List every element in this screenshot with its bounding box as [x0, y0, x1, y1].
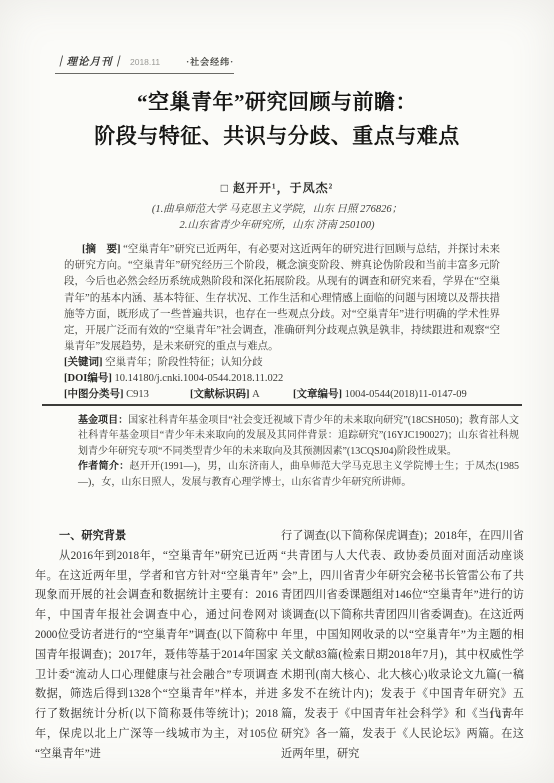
article-id-value: 1004-0544(2018)11-0147-09 [345, 389, 467, 400]
body-column-left: 一、研究背景 从2016年到2018年，“空巢青年”研究已近两年。在这近两年里，… [35, 527, 278, 765]
doi-line: [DOI编号] 10.14180/j.cnki.1004-0544.2018.1… [64, 371, 500, 387]
journal-section-label: ·社会经纬· [186, 55, 234, 68]
article-title-line2: 阶段与特征、共识与分歧、重点与难点 [0, 119, 554, 153]
doi-label: [DOI编号] [64, 373, 112, 384]
affiliations: (1.曲阜师范大学 马克思主义学院，山东 日照 276826； 2.山东省青少年… [0, 202, 554, 233]
affiliation-line2: 2.山东省青少年研究所，山东 济南 250100) [0, 218, 554, 234]
journal-header: ｜理论月刊｜ 2018.11 ·社会经纬· [55, 54, 234, 74]
clc-value: C913 [126, 389, 149, 400]
abstract-label: [摘 要] [82, 244, 121, 255]
abstract-text: “空巢青年”研究已近两年，有必要对这近两年的研究进行回顾与总结，并探讨未来的研究… [64, 244, 500, 352]
footnotes: 基金项目：国家社科青年基金项目“社会变迁视域下青少年的未来取向研究”(18CSH… [78, 413, 519, 490]
clc-label: [中图分类号] [64, 389, 124, 400]
body-paragraph-left: 从2016年到2018年，“空巢青年”研究已近两年。在这近两年里，学者和官方针对… [35, 547, 278, 765]
article-id: [文章编号] 1004-0544(2018)11-0147-09 [293, 387, 500, 403]
author-bio-label: 作者简介： [78, 461, 129, 472]
article-title: “空巢青年”研究回顾与前瞻： 阶段与特征、共识与分歧、重点与难点 [0, 85, 554, 153]
body-column-right: 行了调查(以下简称保虎调查)；2018年，在四川省“共青团与人大代表、政协委员面… [281, 527, 524, 765]
keywords-text: 空巢青年；阶段性特征；认知分歧 [105, 357, 263, 368]
funding-text: 国家社科青年基金项目“社会变迁视域下青少年的未来取向研究”(18CSH050)；… [78, 415, 519, 457]
article-title-line1: “空巢青年”研究回顾与前瞻： [0, 85, 554, 119]
article-id-label: [文章编号] [293, 389, 342, 400]
section-heading: 一、研究背景 [35, 527, 278, 547]
body-paragraph-right: 行了调查(以下简称保虎调查)；2018年，在四川省“共青团与人大代表、政协委员面… [281, 527, 524, 765]
doc-code-label: [文献标识码] [190, 389, 250, 400]
author-bio-text: 赵开开(1991—)，男，山东济南人，曲阜师范大学马克思主义学院博士生；于凤杰(… [78, 461, 519, 487]
authors-line: □ 赵开开¹，于凤杰² [0, 179, 554, 196]
abstract-area: [摘 要] “空巢青年”研究已近两年，有必要对这近两年的研究进行回顾与总结，并探… [64, 242, 500, 403]
journal-page: ｜理论月刊｜ 2018.11 ·社会经纬· “空巢青年”研究回顾与前瞻： 阶段与… [0, 0, 554, 783]
affiliation-line1: (1.曲阜师范大学 马克思主义学院，山东 日照 276826； [0, 202, 554, 218]
funding-note: 基金项目：国家社科青年基金项目“社会变迁视域下青少年的未来取向研究”(18CSH… [78, 413, 519, 459]
doc-code: [文献标识码] A [190, 387, 293, 403]
meta-row: [中图分类号] C913 [文献标识码] A [文章编号] 1004-0544(… [64, 387, 500, 403]
abstract-paragraph: [摘 要] “空巢青年”研究已近两年，有必要对这近两年的研究进行回顾与总结，并探… [64, 242, 500, 355]
keywords-line: [关键词] 空巢青年；阶段性特征；认知分歧 [64, 355, 500, 371]
footnote-divider [42, 404, 522, 406]
author-bio-note: 作者简介：赵开开(1991—)，男，山东济南人，曲阜师范大学马克思主义学院博士生… [78, 459, 519, 490]
clc-number: [中图分类号] C913 [64, 387, 190, 403]
funding-label: 基金项目： [78, 415, 128, 426]
journal-name: ｜理论月刊｜ [55, 54, 124, 69]
doc-code-value: A [252, 389, 260, 400]
keywords-label: [关键词] [64, 357, 103, 368]
page-number: ·147· [483, 710, 516, 721]
doi-text: 10.14180/j.cnki.1004-0544.2018.11.022 [114, 373, 283, 384]
journal-issue: 2018.11 [130, 57, 160, 67]
